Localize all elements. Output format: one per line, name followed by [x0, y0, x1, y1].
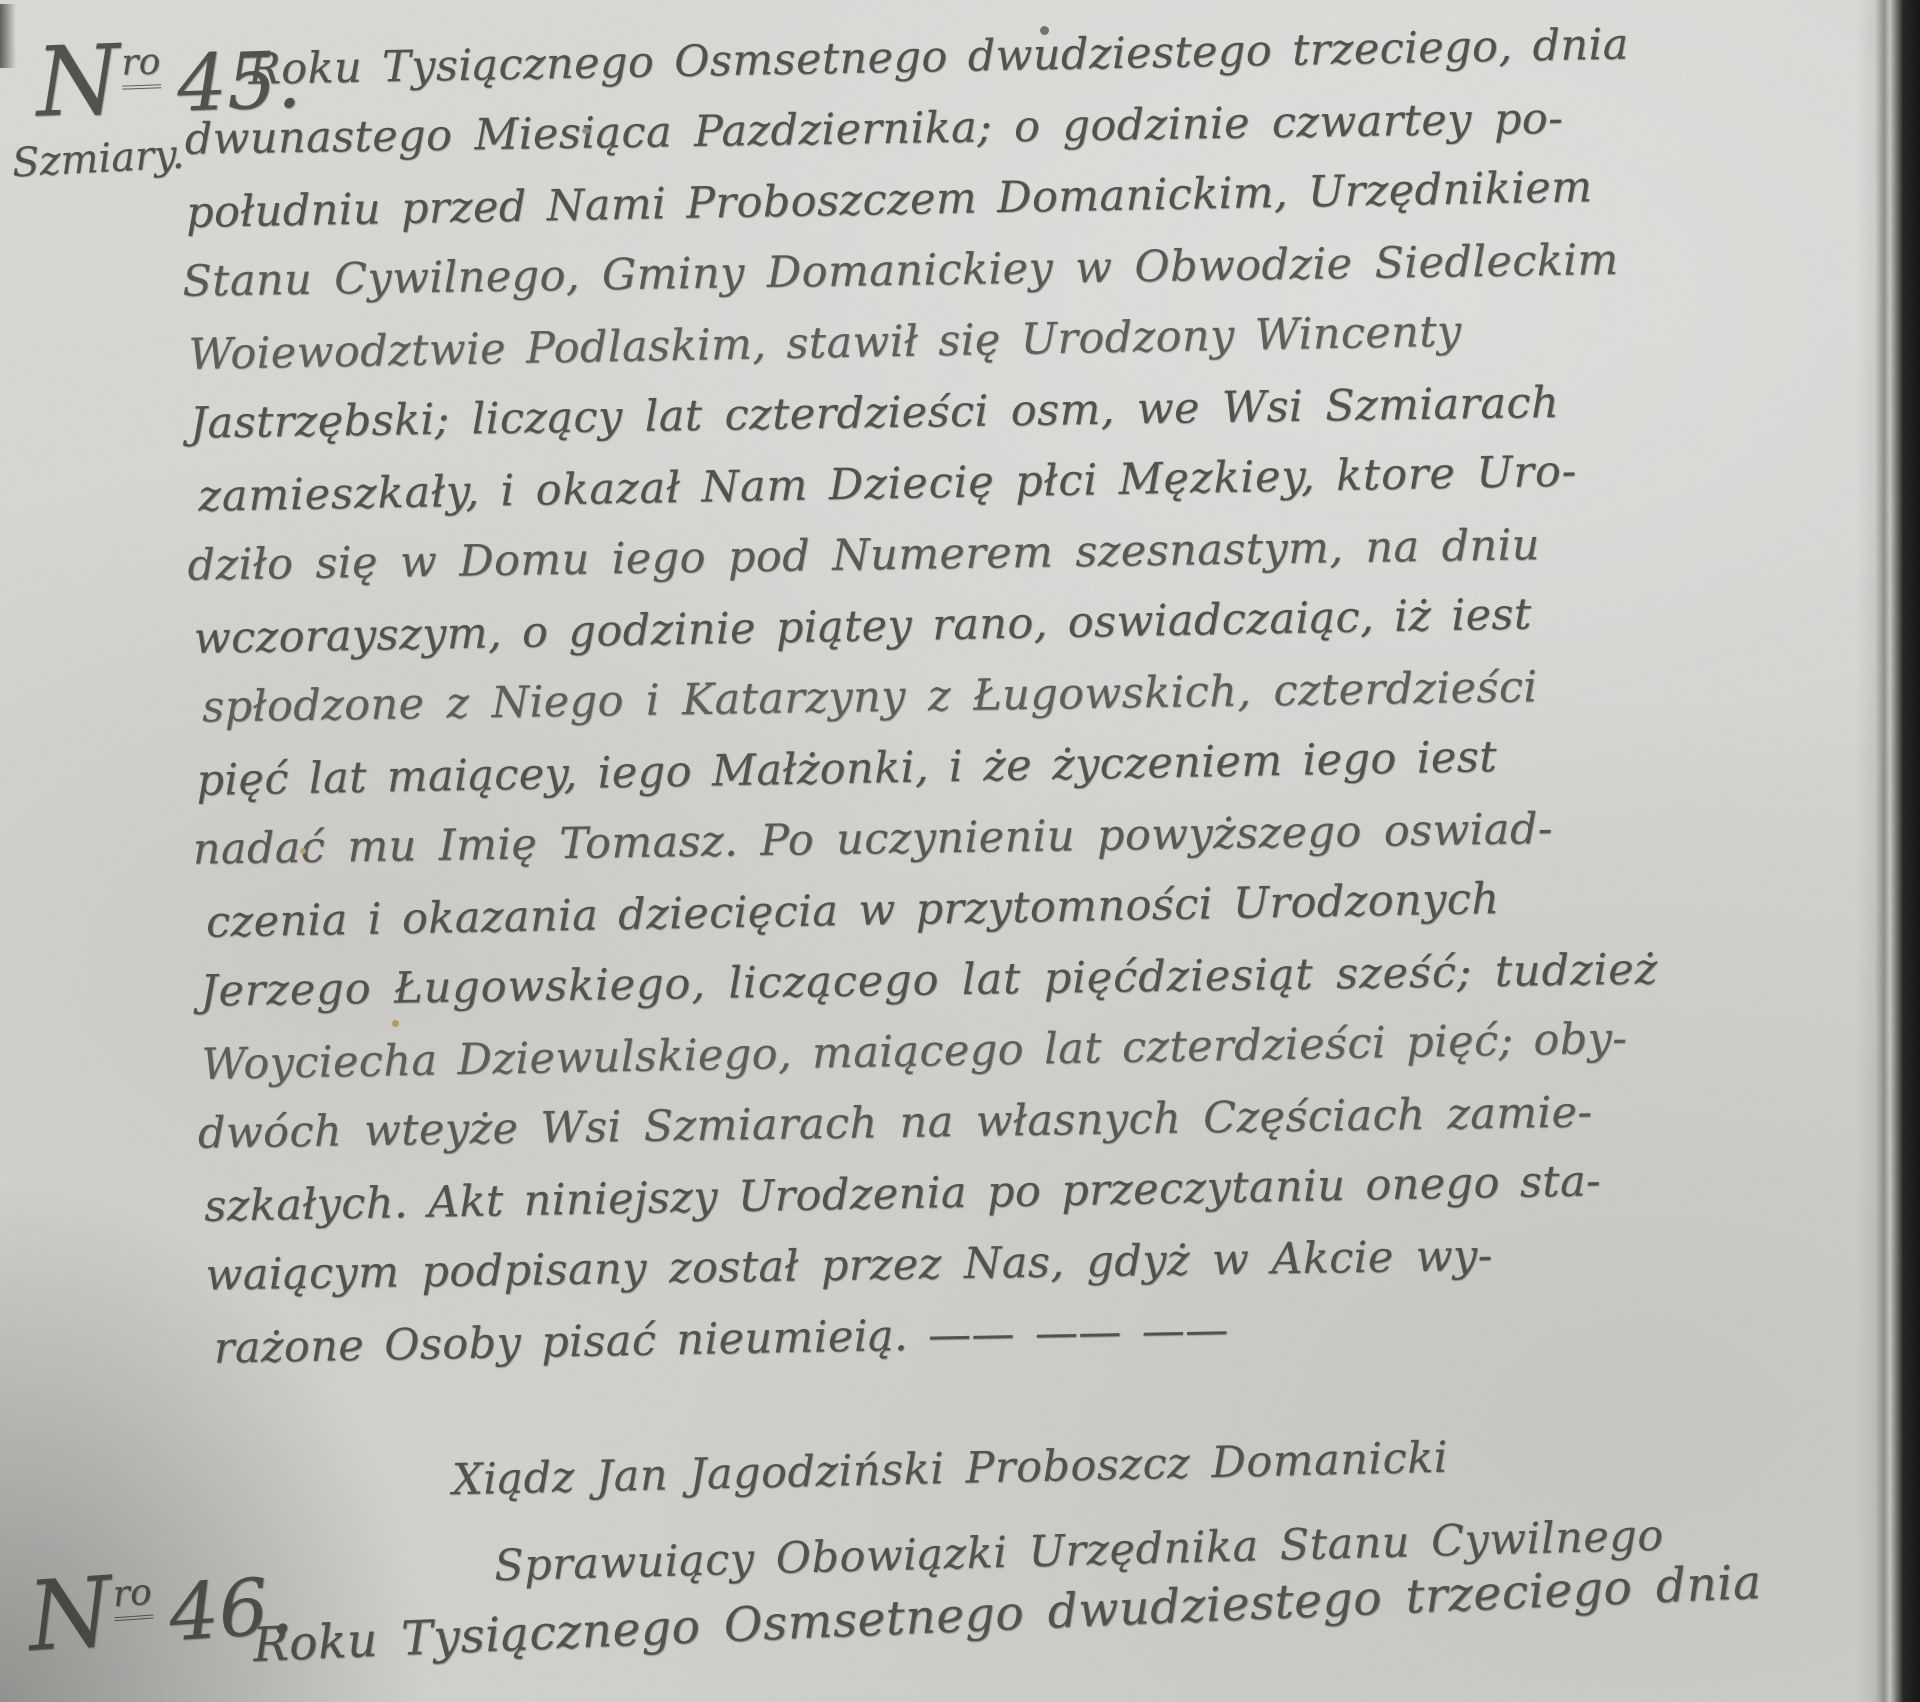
- ink-speck: [582, 128, 590, 134]
- signature-priest: Xiądz Jan Jagodziński Proboszcz Domanick…: [452, 1433, 1449, 1506]
- record-number-letter: N: [34, 24, 122, 139]
- edge-mark: [0, 4, 16, 68]
- ink-speck: [300, 848, 306, 854]
- record-number-superscript: ro: [121, 41, 162, 89]
- ink-speck: [1040, 26, 1049, 35]
- book-edge-shadow: [1856, 0, 1920, 1702]
- ink-speck: [392, 1020, 399, 1027]
- margin-note-village: Szmiary.: [11, 132, 185, 187]
- corner-shadow: [0, 1142, 460, 1702]
- scanned-registry-page: Nro45. Szmiary. Roku Tysiącznego Osmsetn…: [0, 0, 1920, 1702]
